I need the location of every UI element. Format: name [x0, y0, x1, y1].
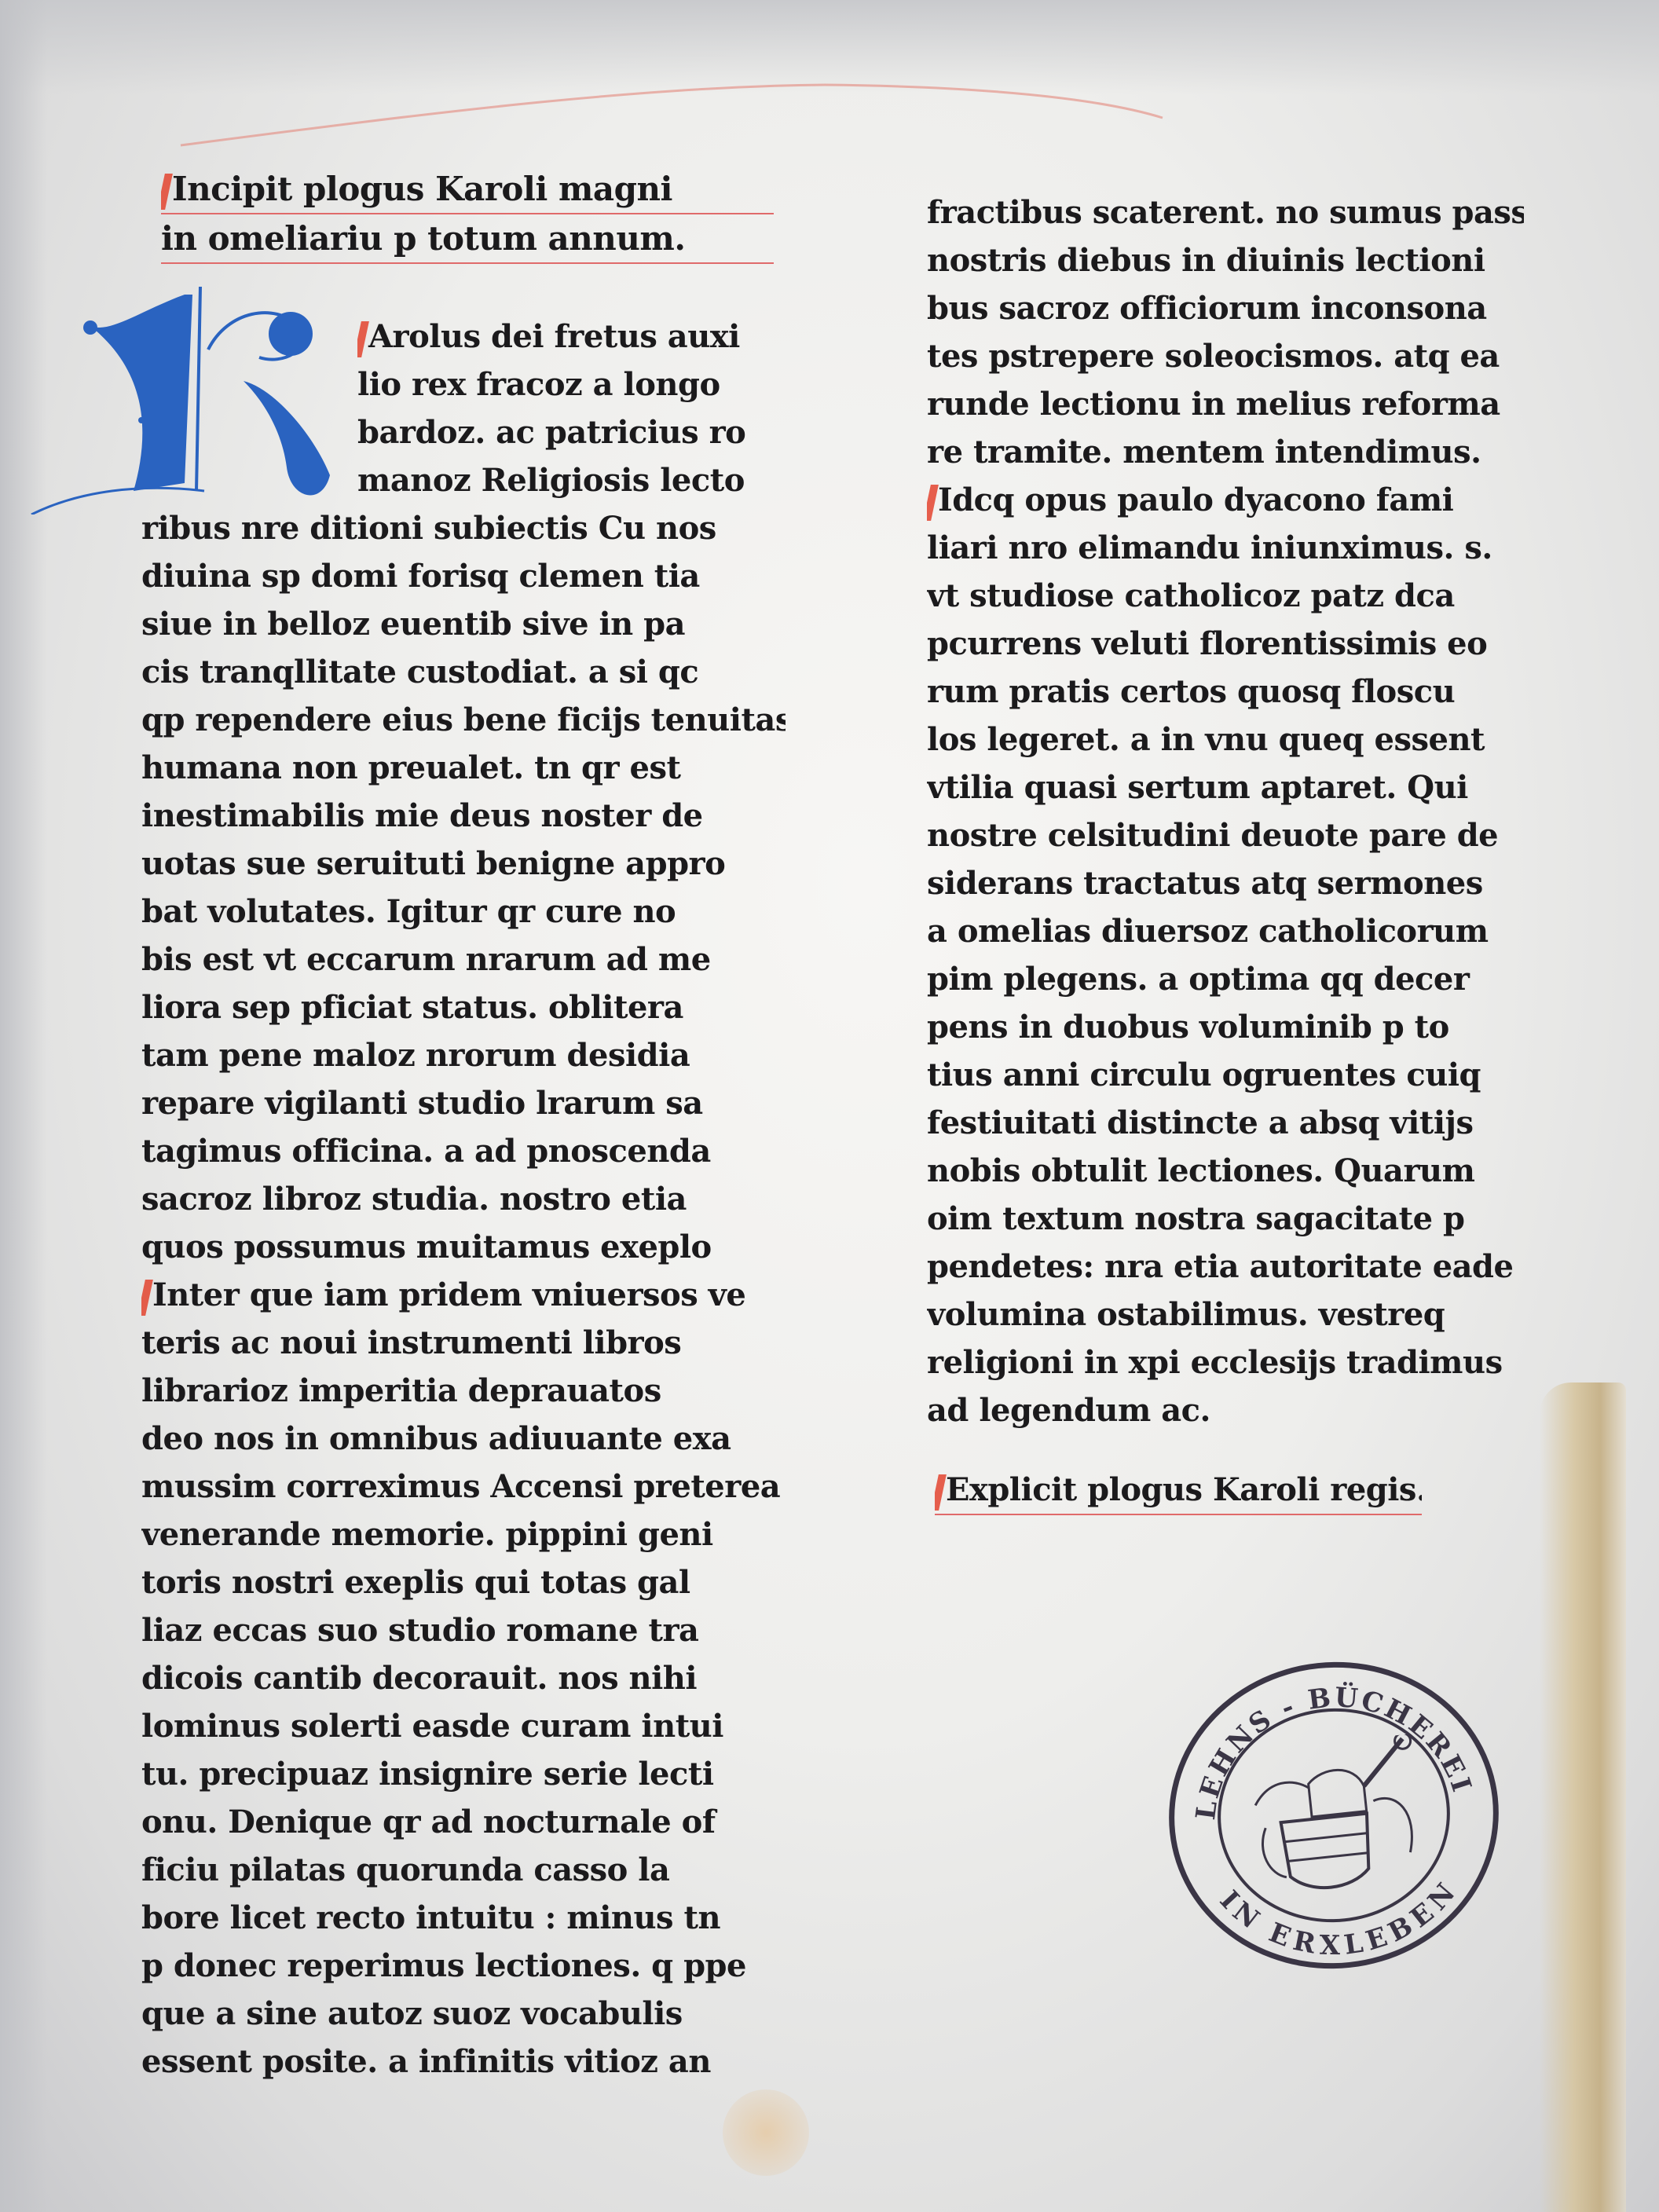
text-line: siue in belloz euentib sive in pa: [141, 600, 786, 648]
text-line: oim textum nostra sagacitate p: [927, 1195, 1524, 1243]
text-line: nobis obtulit lectiones. Quarum: [927, 1147, 1524, 1195]
text-line: ribus nre ditioni subiectis Cu nos: [141, 504, 786, 552]
text-line: nostre celsitudini deuote pare de: [927, 811, 1524, 859]
text-line: tu. precipuaz insignire serie lecti: [141, 1750, 786, 1798]
text-line: essent posite. a infinitis vitioz an: [141, 2038, 786, 2086]
text-line: volumina ostabilimus. vestreq: [927, 1291, 1524, 1339]
text-line: ficiu pilatas quorunda casso la: [141, 1846, 786, 1894]
coat-of-arms-icon: [1242, 1733, 1438, 1908]
text-line: bore licet recto intuitu : minus tn: [141, 1894, 786, 1942]
text-line: siderans tractatus atq sermones: [927, 859, 1524, 907]
text-line: festiuitati distincte a absq vitijs: [927, 1099, 1524, 1147]
text-line: tius anni circulu ogruentes cuiq: [927, 1051, 1524, 1099]
water-stain: [1540, 1382, 1626, 2212]
text-line: lominus solerti easde curam intui: [141, 1702, 786, 1750]
manuscript-page: Incipit plogus Karoli magni in omeliariu…: [0, 0, 1659, 2212]
blue-initial-k-icon: [16, 279, 346, 515]
text-line: diuina sp domi forisq clemen tia: [141, 552, 786, 600]
text-line: librarioz imperitia deprauatos: [141, 1367, 786, 1415]
heading-line: in omeliariu p totum annum.: [161, 214, 774, 264]
rubric-paragraph-mark: [935, 1474, 947, 1511]
text-line: vt studiose catholicoz patz dca: [927, 572, 1524, 620]
left-column-body: ribus nre ditioni subiectis Cu nos diuin…: [141, 504, 786, 2086]
text-line: mussim correximus Accensi preterea: [141, 1463, 786, 1511]
text-line: liora sep pficiat status. oblitera: [141, 983, 786, 1031]
text-line: cis tranqllitate custodiat. a si qc: [141, 648, 786, 696]
library-stamp: LEHNS - BÜCHEREI IN ERXLEBEN: [1154, 1646, 1514, 1985]
text-line: uotas sue seruituti benigne appro: [141, 840, 786, 888]
text-line: p donec reperimus lectiones. q ppe: [141, 1942, 786, 1990]
text-line: deo nos in omnibus adiuuante exa: [141, 1415, 786, 1463]
rubric-mark: [927, 485, 939, 521]
text-line: vtilia quasi sertum aptaret. Qui: [927, 764, 1524, 811]
text-line: venerande memorie. pippini geni: [141, 1511, 786, 1558]
rubric-mark: [357, 321, 369, 357]
right-column: fractibus scaterent. no sumus passi nost…: [927, 189, 1524, 1515]
text-line: teris ac noui instrumenti libros: [141, 1319, 786, 1367]
text-line: tam pene maloz nrorum desidia: [141, 1031, 786, 1079]
text-line: bardoz. ac patricius ro: [357, 408, 782, 456]
text-line: Idcq opus paulo dyacono fami: [927, 476, 1524, 524]
text-line: inestimabilis mie deus noster de: [141, 792, 786, 840]
text-line: bis est vt eccarum nrarum ad me: [141, 936, 786, 983]
text-line: sacroz libroz studia. nostro etia: [141, 1175, 786, 1223]
text-line: ad legendum ac.: [927, 1386, 1524, 1434]
text-line: rum pratis certos quosq floscu: [927, 668, 1524, 716]
text-line: tes pstrepere soleocismos. atq ea: [927, 332, 1524, 380]
text-line: onu. Denique qr ad nocturnale of: [141, 1798, 786, 1846]
text-line: fractibus scaterent. no sumus passi: [927, 189, 1524, 236]
text-line: que a sine autoz suoz vocabulis: [141, 1990, 786, 2038]
text-line: liaz eccas suo studio romane tra: [141, 1606, 786, 1654]
text-line: pcurrens veluti florentissimis eo: [927, 620, 1524, 668]
left-column-opening: Arolus dei fretus auxi lio rex fracoz a …: [357, 313, 782, 504]
text-line: bus sacroz officiorum inconsona: [927, 284, 1524, 332]
heading-block: Incipit plogus Karoli magni in omeliariu…: [161, 165, 774, 264]
text-line: liari nro elimandu iniunximus. s.: [927, 524, 1524, 572]
text-line: bat volutates. Igitur qr cure no: [141, 888, 786, 936]
text-line: Arolus dei fretus auxi: [357, 313, 782, 361]
text-line: pendetes: nra etia autoritate eade: [927, 1243, 1524, 1291]
text-line: lio rex fracoz a longo: [357, 361, 782, 408]
foxing-spot: [723, 2089, 809, 2176]
text-line: repare vigilanti studio lrarum sa: [141, 1079, 786, 1127]
text-line: nostris diebus in diuinis lectioni: [927, 236, 1524, 284]
rubric-paragraph-mark: [161, 174, 173, 210]
text-line: dicois cantib decorauit. nos nihi: [141, 1654, 786, 1702]
text-line: quos possumus muitamus exeplo: [141, 1223, 786, 1271]
rubric-mark: [141, 1280, 153, 1316]
text-line: toris nostri exeplis qui totas gal: [141, 1558, 786, 1606]
text-line: Inter que iam pridem vniuersos ve: [141, 1271, 786, 1319]
text-line: a omelias diuersoz catholicorum: [927, 907, 1524, 955]
text-line: tagimus officina. a ad pnoscenda: [141, 1127, 786, 1175]
text-line: runde lectionu in melius reforma: [927, 380, 1524, 428]
text-line: re tramite. mentem intendimus.: [927, 428, 1524, 476]
text-line: manoz Religiosis lecto: [357, 456, 782, 504]
text-line: humana non preualet. tn qr est: [141, 744, 786, 792]
text-line: religioni in xpi ecclesijs tradimus: [927, 1339, 1524, 1386]
heading-line: Incipit plogus Karoli magni: [161, 165, 774, 214]
text-line: pens in duobus voluminib p to: [927, 1003, 1524, 1051]
text-line: qp rependere eius bene ficijs tenuitas: [141, 696, 786, 744]
text-line: pim plegens. a optima qq decer: [927, 955, 1524, 1003]
text-line: los legeret. a in vnu queq essent: [927, 716, 1524, 764]
illuminated-initial: [16, 279, 346, 515]
explicit-line: Explicit plogus Karoli regis.: [935, 1466, 1422, 1515]
